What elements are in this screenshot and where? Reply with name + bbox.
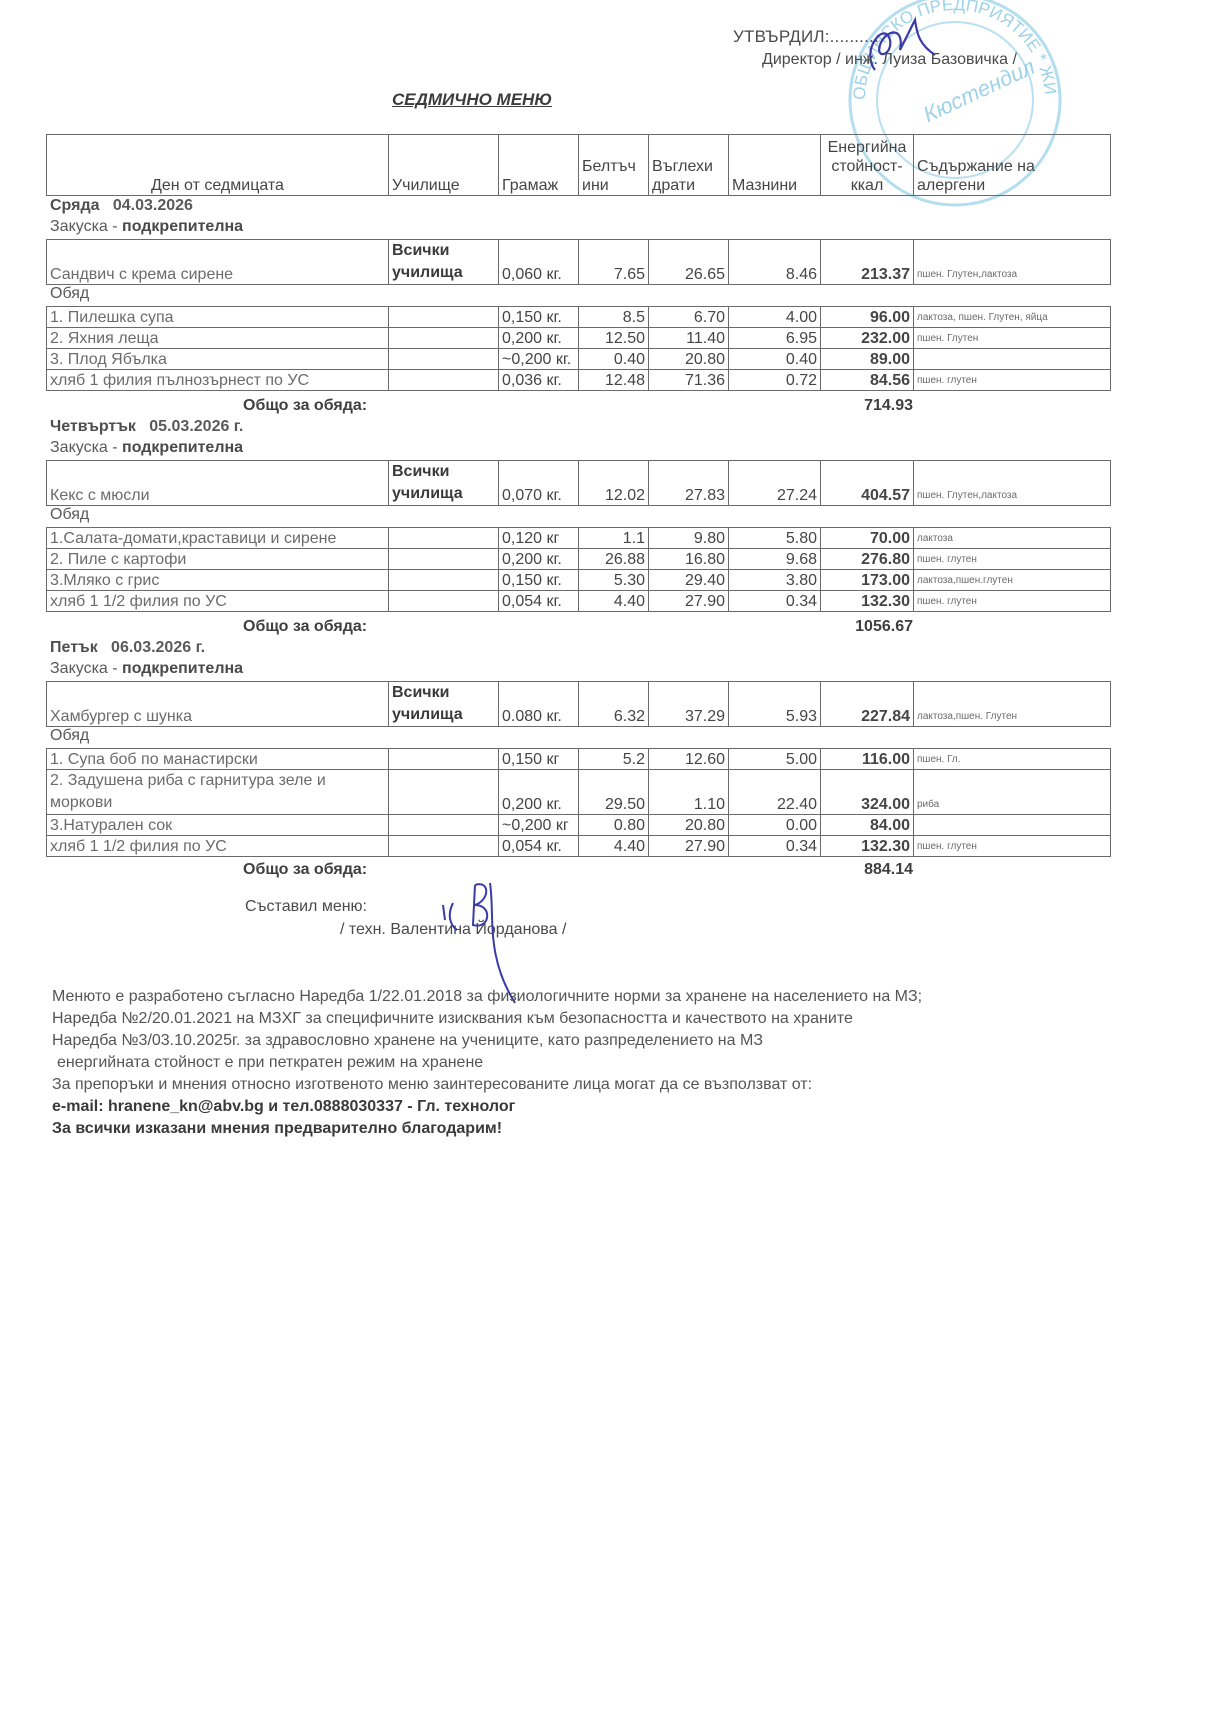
school-cell xyxy=(389,770,499,815)
lunch-total-value: 714.93 xyxy=(753,397,913,415)
protein-cell: 12.50 xyxy=(579,328,649,349)
carbs-cell: 71.36 xyxy=(649,370,729,391)
snack-table: Кекс с мюсли Всички училища 0,070 кг. 12… xyxy=(46,460,1111,506)
table-row: Хамбургер с шунка Всички училища 0.080 к… xyxy=(47,682,1111,727)
fat-cell: 27.24 xyxy=(729,461,821,506)
lunch-total-value: 1056.67 xyxy=(753,618,913,636)
carbs-cell: 20.80 xyxy=(649,349,729,370)
contact-line: e-mail: hranene_kn@abv.bg и тел.08880303… xyxy=(52,1096,922,1118)
allergens-cell: пшен. Глутен xyxy=(914,328,1111,349)
note-line: Наредба №3/03.10.2025г. за здравословно … xyxy=(52,1030,922,1052)
snack-heading: Закуска - подкрепителна xyxy=(50,439,243,457)
fat-cell: 0.34 xyxy=(729,836,821,857)
dish-name: хляб 1 филия пълнозърнест по УС xyxy=(47,370,389,391)
carbs-cell: 12.60 xyxy=(649,749,729,770)
dish-name: 1.Салата-домати,краставици и сирене xyxy=(47,528,389,549)
dish-name: 2. Задушена риба с гарнитура зеле и морк… xyxy=(47,770,389,815)
carbs-cell: 26.65 xyxy=(649,240,729,285)
fat-cell: 5.80 xyxy=(729,528,821,549)
weight-cell: 0,150 кг. xyxy=(499,307,579,328)
allergens-cell: пшен. глутен xyxy=(914,549,1111,570)
protein-cell: 26.88 xyxy=(579,549,649,570)
allergens-cell: пшен. Глутен,лактоза xyxy=(914,240,1111,285)
weight-cell: 0,036 кг. xyxy=(499,370,579,391)
kcal-cell: 404.57 xyxy=(821,461,914,506)
dish-name: 1. Пилешка супа xyxy=(47,307,389,328)
lunch-total-label: Общо за обяда: xyxy=(243,861,367,879)
fat-cell: 0.72 xyxy=(729,370,821,391)
snack-heading: Закуска - подкрепителна xyxy=(50,660,243,678)
protein-cell: 7.65 xyxy=(579,240,649,285)
table-row: 2. Яхния леща 0,200 кг. 12.50 11.40 6.95… xyxy=(47,328,1111,349)
weight-cell: 0,200 кг. xyxy=(499,549,579,570)
kcal-cell: 213.37 xyxy=(821,240,914,285)
allergens-cell: риба xyxy=(914,770,1111,815)
page-title: СЕДМИЧНО МЕНЮ xyxy=(392,90,552,110)
allergens-cell: пшен. Глутен,лактоза xyxy=(914,461,1111,506)
dish-name: 2. Яхния леща xyxy=(47,328,389,349)
school-cell xyxy=(389,528,499,549)
header-allergens: Съдържание на алергени xyxy=(914,135,1111,196)
lunch-heading: Обяд xyxy=(50,285,89,303)
note-line: Наредба №2/20.01.2021 на МЗХГ за специфи… xyxy=(52,1008,922,1030)
allergens-cell: лактоза xyxy=(914,528,1111,549)
weight-cell: 0,054 кг. xyxy=(499,591,579,612)
note-line: За препоръки и мнения относно изготвенот… xyxy=(52,1074,922,1096)
allergens-cell: лактоза, пшен. Глутен, яйца xyxy=(914,307,1111,328)
school-cell xyxy=(389,549,499,570)
weight-cell: 0,200 кг. xyxy=(499,328,579,349)
fat-cell: 0.40 xyxy=(729,349,821,370)
table-row: хляб 1 1/2 филия по УС 0,054 кг. 4.40 27… xyxy=(47,836,1111,857)
fat-cell: 0.00 xyxy=(729,815,821,836)
fat-cell: 5.00 xyxy=(729,749,821,770)
snack-table: Сандвич с крема сирене Всички училища 0,… xyxy=(46,239,1111,285)
legal-notes: Менюто е разработено съгласно Наредба 1/… xyxy=(52,986,922,1140)
school-cell: Всички училища xyxy=(389,461,499,506)
allergens-cell: лактоза,пшен.глутен xyxy=(914,570,1111,591)
kcal-cell: 70.00 xyxy=(821,528,914,549)
school-cell xyxy=(389,836,499,857)
carbs-cell: 20.80 xyxy=(649,815,729,836)
allergens-cell xyxy=(914,815,1111,836)
table-row: Сандвич с крема сирене Всички училища 0,… xyxy=(47,240,1111,285)
header-carbs: Въглехи драти xyxy=(649,135,729,196)
protein-cell: 0.80 xyxy=(579,815,649,836)
day-heading: Сряда 04.03.2026 xyxy=(50,197,193,215)
dish-name: хляб 1 1/2 филия по УС xyxy=(47,591,389,612)
school-cell xyxy=(389,307,499,328)
kcal-cell: 89.00 xyxy=(821,349,914,370)
header-protein: Белтъч ини xyxy=(579,135,649,196)
thanks-line: За всички изказани мнения предварително … xyxy=(52,1118,922,1140)
snack-table: Хамбургер с шунка Всички училища 0.080 к… xyxy=(46,681,1111,727)
header-weight: Грамаж xyxy=(499,135,579,196)
day-name: Петък xyxy=(50,639,98,656)
protein-cell: 5.2 xyxy=(579,749,649,770)
protein-cell: 5.30 xyxy=(579,570,649,591)
day-date: 06.03.2026 г. xyxy=(111,639,205,656)
weight-cell: ~0,200 кг xyxy=(499,815,579,836)
carbs-cell: 6.70 xyxy=(649,307,729,328)
note-line: Менюто е разработено съгласно Наредба 1/… xyxy=(52,986,922,1008)
school-cell xyxy=(389,328,499,349)
lunch-total-label: Общо за обяда: xyxy=(243,397,367,415)
day-name: Четвъртък xyxy=(50,418,136,435)
protein-cell: 29.50 xyxy=(579,770,649,815)
carbs-cell: 29.40 xyxy=(649,570,729,591)
school-cell xyxy=(389,570,499,591)
table-row: 3. Плод Ябълка ~0,200 кг. 0.40 20.80 0.4… xyxy=(47,349,1111,370)
weight-cell: ~0,200 кг. xyxy=(499,349,579,370)
dish-name: 3.Натурален сок xyxy=(47,815,389,836)
carbs-cell: 11.40 xyxy=(649,328,729,349)
note-line: енергийната стойност е при петкратен реж… xyxy=(52,1052,922,1074)
school-cell xyxy=(389,349,499,370)
kcal-cell: 132.30 xyxy=(821,591,914,612)
header-day: Ден от седмицата xyxy=(47,135,389,196)
fat-cell: 22.40 xyxy=(729,770,821,815)
lunch-table: 1. Супа боб по манастирски 0,150 кг 5.2 … xyxy=(46,748,1111,857)
lunch-heading: Обяд xyxy=(50,727,89,745)
fat-cell: 5.93 xyxy=(729,682,821,727)
lunch-total-value: 884.14 xyxy=(753,861,913,879)
allergens-cell: пшен. глутен xyxy=(914,370,1111,391)
school-cell xyxy=(389,749,499,770)
day-name: Сряда xyxy=(50,197,100,214)
kcal-cell: 116.00 xyxy=(821,749,914,770)
header-fat: Мазнини xyxy=(729,135,821,196)
table-row: 3.Натурален сок ~0,200 кг 0.80 20.80 0.0… xyxy=(47,815,1111,836)
fat-cell: 4.00 xyxy=(729,307,821,328)
dish-name: Кекс с мюсли xyxy=(47,461,389,506)
allergens-cell: пшен. Гл. xyxy=(914,749,1111,770)
allergens-cell: пшен. глутен xyxy=(914,591,1111,612)
table-row: 2. Задушена риба с гарнитура зеле и морк… xyxy=(47,770,1111,815)
dish-name: 1. Супа боб по манастирски xyxy=(47,749,389,770)
carbs-cell: 27.90 xyxy=(649,836,729,857)
carbs-cell: 16.80 xyxy=(649,549,729,570)
protein-cell: 6.32 xyxy=(579,682,649,727)
allergens-cell: лактоза,пшен. Глутен xyxy=(914,682,1111,727)
carbs-cell: 9.80 xyxy=(649,528,729,549)
lunch-heading: Обяд xyxy=(50,506,89,524)
protein-cell: 12.48 xyxy=(579,370,649,391)
kcal-cell: 173.00 xyxy=(821,570,914,591)
weight-cell: 0,054 кг. xyxy=(499,836,579,857)
fat-cell: 9.68 xyxy=(729,549,821,570)
table-row: 2. Пиле с картофи 0,200 кг. 26.88 16.80 … xyxy=(47,549,1111,570)
protein-cell: 0.40 xyxy=(579,349,649,370)
protein-cell: 8.5 xyxy=(579,307,649,328)
lunch-total-label: Общо за обяда: xyxy=(243,618,367,636)
school-cell xyxy=(389,370,499,391)
menu-header-table: Ден от седмицата Училище Грамаж Белтъч и… xyxy=(46,134,1111,196)
table-row: хляб 1 1/2 филия по УС 0,054 кг. 4.40 27… xyxy=(47,591,1111,612)
kcal-cell: 96.00 xyxy=(821,307,914,328)
weight-cell: 0.080 кг. xyxy=(499,682,579,727)
snack-heading: Закуска - подкрепителна xyxy=(50,218,243,236)
kcal-cell: 132.30 xyxy=(821,836,914,857)
table-row: 3.Мляко с грис 0,150 кг. 5.30 29.40 3.80… xyxy=(47,570,1111,591)
director-line: Директор / инж. Луиза Базовичка / xyxy=(762,51,1017,69)
weight-cell: 0,150 кг xyxy=(499,749,579,770)
table-row: 1. Пилешка супа 0,150 кг. 8.5 6.70 4.00 … xyxy=(47,307,1111,328)
table-row: 1. Супа боб по манастирски 0,150 кг 5.2 … xyxy=(47,749,1111,770)
school-cell xyxy=(389,591,499,612)
school-cell: Всички училища xyxy=(389,682,499,727)
allergens-cell xyxy=(914,349,1111,370)
dish-name: Сандвич с крема сирене xyxy=(47,240,389,285)
lunch-table: 1.Салата-домати,краставици и сирене 0,12… xyxy=(46,527,1111,612)
composer-name: / техн. Валентина Йорданова / xyxy=(340,921,566,939)
kcal-cell: 276.80 xyxy=(821,549,914,570)
dish-name: 2. Пиле с картофи xyxy=(47,549,389,570)
fat-cell: 3.80 xyxy=(729,570,821,591)
carbs-cell: 37.29 xyxy=(649,682,729,727)
protein-cell: 4.40 xyxy=(579,591,649,612)
table-row: хляб 1 филия пълнозърнест по УС 0,036 кг… xyxy=(47,370,1111,391)
day-heading: Четвъртък 05.03.2026 г. xyxy=(50,418,243,436)
fat-cell: 8.46 xyxy=(729,240,821,285)
approved-label: УТВЪРДИЛ:.......... xyxy=(733,27,879,47)
table-row: 1.Салата-домати,краставици и сирене 0,12… xyxy=(47,528,1111,549)
day-date: 04.03.2026 xyxy=(113,197,193,214)
dish-name: 3.Мляко с грис xyxy=(47,570,389,591)
kcal-cell: 324.00 xyxy=(821,770,914,815)
fat-cell: 6.95 xyxy=(729,328,821,349)
weight-cell: 0,060 кг. xyxy=(499,240,579,285)
composed-label: Съставил меню: xyxy=(245,898,367,916)
day-date: 05.03.2026 г. xyxy=(149,418,243,435)
weight-cell: 0,200 кг. xyxy=(499,770,579,815)
dish-name: 3. Плод Ябълка xyxy=(47,349,389,370)
table-row: Кекс с мюсли Всички училища 0,070 кг. 12… xyxy=(47,461,1111,506)
weight-cell: 0,070 кг. xyxy=(499,461,579,506)
header-school: Училище xyxy=(389,135,499,196)
weight-cell: 0,150 кг. xyxy=(499,570,579,591)
dish-name: хляб 1 1/2 филия по УС xyxy=(47,836,389,857)
protein-cell: 12.02 xyxy=(579,461,649,506)
carbs-cell: 1.10 xyxy=(649,770,729,815)
lunch-table: 1. Пилешка супа 0,150 кг. 8.5 6.70 4.00 … xyxy=(46,306,1111,391)
kcal-cell: 84.00 xyxy=(821,815,914,836)
protein-cell: 1.1 xyxy=(579,528,649,549)
kcal-cell: 227.84 xyxy=(821,682,914,727)
header-energy: Енергийна стойност- ккал xyxy=(821,135,914,196)
dish-name: Хамбургер с шунка xyxy=(47,682,389,727)
school-cell: Всички училища xyxy=(389,240,499,285)
day-heading: Петък 06.03.2026 г. xyxy=(50,639,205,657)
carbs-cell: 27.90 xyxy=(649,591,729,612)
allergens-cell: пшен. глутен xyxy=(914,836,1111,857)
carbs-cell: 27.83 xyxy=(649,461,729,506)
protein-cell: 4.40 xyxy=(579,836,649,857)
kcal-cell: 84.56 xyxy=(821,370,914,391)
school-cell xyxy=(389,815,499,836)
fat-cell: 0.34 xyxy=(729,591,821,612)
kcal-cell: 232.00 xyxy=(821,328,914,349)
weight-cell: 0,120 кг xyxy=(499,528,579,549)
